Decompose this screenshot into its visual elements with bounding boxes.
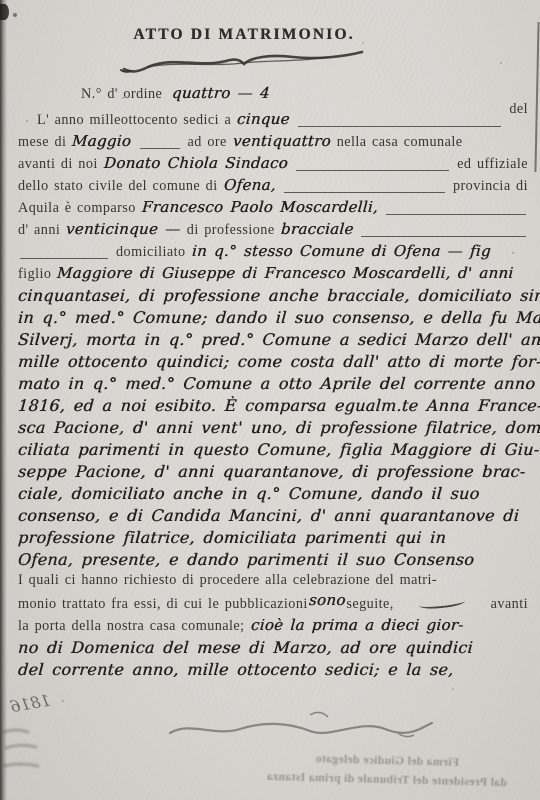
printed-text: avanti — [491, 596, 528, 613]
printed-text: figlio — [18, 266, 51, 283]
handwritten-text: 1816, ed a noi esibito. È comparsa egual… — [17, 396, 540, 415]
handwritten-text: Silverj, morta in q.° pred.° Comune a se… — [17, 330, 540, 349]
order-number-line: N.° d' ordine quattro — 4 — [78, 84, 273, 103]
handwritten-text: ciale, domiciliato anche in q.° Comune, … — [17, 484, 480, 503]
text-line: la porta della nostra casa comunale; cio… — [15, 616, 531, 638]
scan-edge-left — [0, 0, 7, 800]
handwritten-text: Maggiore di Giuseppe di Francesco Moscar… — [57, 264, 515, 282]
handwritten-text: del corrente anno, mille ottocento sedic… — [17, 660, 454, 679]
document-title: ATTO DI MATRIMONIO. — [0, 26, 514, 44]
printed-text: di professione — [187, 222, 275, 239]
printed-text: provincia di — [453, 178, 528, 195]
text-line: domiciliato in q.° stesso Comune di Ofen… — [15, 242, 531, 264]
pen-flourish — [419, 597, 466, 611]
text-line: mille ottocento quindici; come costa dal… — [15, 352, 531, 374]
printed-text: domiciliato — [116, 244, 186, 261]
text-line: sca Pacione, d' anni vent' uno, di profe… — [15, 418, 531, 440]
text-line: Aquila è comparso Francesco Paolo Moscar… — [15, 198, 531, 220]
handwritten-text: venticinque — — [66, 220, 182, 238]
handwritten-text: in q.° stesso Comune di Ofena — fig — [191, 242, 491, 260]
printed-text: d' anni — [18, 222, 60, 239]
order-value-handwritten: quattro — 4 — [172, 84, 271, 102]
handwritten-text: sono — [308, 591, 346, 609]
handwritten-text: cinque — [237, 110, 291, 128]
handwritten-text: Donato Chiola Sindaco — [103, 154, 288, 172]
printed-text: ed uffiziale — [457, 156, 528, 173]
text-line: mese di Maggio ad ore ventiquattro nella… — [15, 132, 531, 154]
handwritten-text: mille ottocento quindici; come costa dal… — [17, 352, 540, 371]
text-line: 1816, ed a noi esibito. È comparsa egual… — [15, 396, 531, 418]
fill-rule — [140, 148, 180, 149]
handwritten-text: Ofena, — [223, 176, 276, 194]
text-line: Silverj, morta in q.° pred.° Comune a se… — [15, 330, 531, 352]
handwritten-text: no di Domenica del mese di Marzo, ad ore… — [17, 638, 473, 657]
printed-text: L' anno milleottocento sedici a — [37, 112, 231, 129]
text-line: ciliata parimenti in questo Comune, figl… — [15, 440, 531, 462]
text-line: del corrente anno, mille ottocento sedic… — [15, 660, 531, 682]
handwritten-text: Ofena, presente, e dando parimenti il su… — [17, 550, 475, 569]
printed-text: la porta della nostra casa comunale; — [18, 618, 245, 635]
bleedthrough-signature-scrawl — [160, 703, 440, 749]
text-line: I quali ci hanno richiesto di procedere … — [15, 572, 531, 594]
text-line: professione filatrice, domiciliata parim… — [15, 528, 531, 550]
fill-rule — [298, 126, 501, 127]
text-line: avanti di noi Donato Chiola Sindaco ed u… — [15, 154, 531, 176]
handwritten-text: consenso, e di Candida Mancini, d' anni … — [17, 506, 519, 525]
text-line: seppe Pacione, d' anni quarantanove, di … — [15, 462, 531, 484]
printed-text: monio trattato fra essi, di cui le pubbl… — [18, 596, 308, 613]
order-label: N.° d' ordine — [81, 86, 162, 103]
bleedthrough-left-fragments — [0, 722, 52, 784]
printed-text: del — [509, 101, 528, 118]
fill-rule — [361, 236, 526, 237]
fill-rule — [386, 214, 526, 215]
scan-edge-right — [534, 22, 539, 172]
line-gap — [397, 599, 488, 608]
text-line: no di Domenica del mese di Marzo, ad ore… — [15, 638, 531, 660]
text-line: L' anno milleottocento sedici a cinque d… — [15, 110, 531, 132]
document-body: L' anno milleottocento sedici a cinque d… — [15, 110, 531, 682]
handwritten-text: professione filatrice, domiciliata parim… — [17, 528, 446, 547]
handwritten-text: bracciale — [280, 220, 354, 238]
scanned-marriage-record: ATTO DI MATRIMONIO. N.° d' ordine quattr… — [0, 0, 540, 800]
text-line: dello stato civile del comune di Ofena, … — [15, 176, 531, 198]
printed-text: seguite, — [346, 596, 393, 613]
printed-text: I quali ci hanno richiesto di procedere … — [18, 572, 437, 589]
fill-rule — [284, 192, 445, 193]
bleedthrough-signature-block: Firma del Giudice delegato dal President… — [258, 749, 517, 794]
handwritten-text: Maggio — [72, 132, 132, 150]
handwritten-text: ventiquattro — [232, 132, 331, 150]
handwritten-text: in q.° med.° Comune; dando il suo consen… — [17, 308, 540, 327]
handwritten-text: sca Pacione, d' anni vent' uno, di profe… — [17, 418, 540, 437]
fill-rule — [20, 258, 108, 259]
ink-specks — [0, 0, 2, 2]
printed-text: mese di — [18, 134, 66, 151]
fill-rule — [296, 170, 449, 171]
bleedthrough-year: 1816 — [9, 691, 52, 717]
title-flourish — [118, 48, 368, 76]
handwritten-text: cioè la prima a dieci gior- — [250, 616, 464, 634]
text-line: figlio Maggiore di Giuseppe di Francesco… — [15, 264, 531, 286]
text-line: mato in q.° med.° Comune a otto Aprile d… — [15, 374, 531, 396]
printed-text: nella casa comunale — [337, 134, 463, 151]
text-line: cinquantasei, di professione anche bracc… — [15, 286, 531, 308]
text-line: consenso, e di Candida Mancini, d' anni … — [15, 506, 531, 528]
printed-text: avanti di noi — [18, 156, 98, 173]
printed-text: dello stato civile del comune di — [18, 178, 218, 195]
text-line: ciale, domiciliato anche in q.° Comune, … — [15, 484, 531, 506]
printed-text: ad ore — [188, 134, 227, 151]
text-line: in q.° med.° Comune; dando il suo consen… — [15, 308, 531, 330]
printed-text: Aquila è comparso — [18, 200, 136, 217]
handwritten-text: Francesco Paolo Moscardelli, — [141, 198, 378, 216]
text-line: monio trattato fra essi, di cui le pubbl… — [15, 594, 531, 616]
handwritten-text: cinquantasei, di professione anche bracc… — [17, 286, 540, 305]
scan-corner-mark — [0, 4, 9, 20]
handwritten-text: ciliata parimenti in questo Comune, figl… — [17, 440, 540, 459]
handwritten-text: mato in q.° med.° Comune a otto Aprile d… — [17, 374, 536, 393]
text-line: Ofena, presente, e dando parimenti il su… — [15, 550, 531, 572]
text-line: d' anni venticinque — di professione bra… — [15, 220, 531, 242]
handwritten-text: seppe Pacione, d' anni quarantanove, di … — [17, 462, 526, 481]
